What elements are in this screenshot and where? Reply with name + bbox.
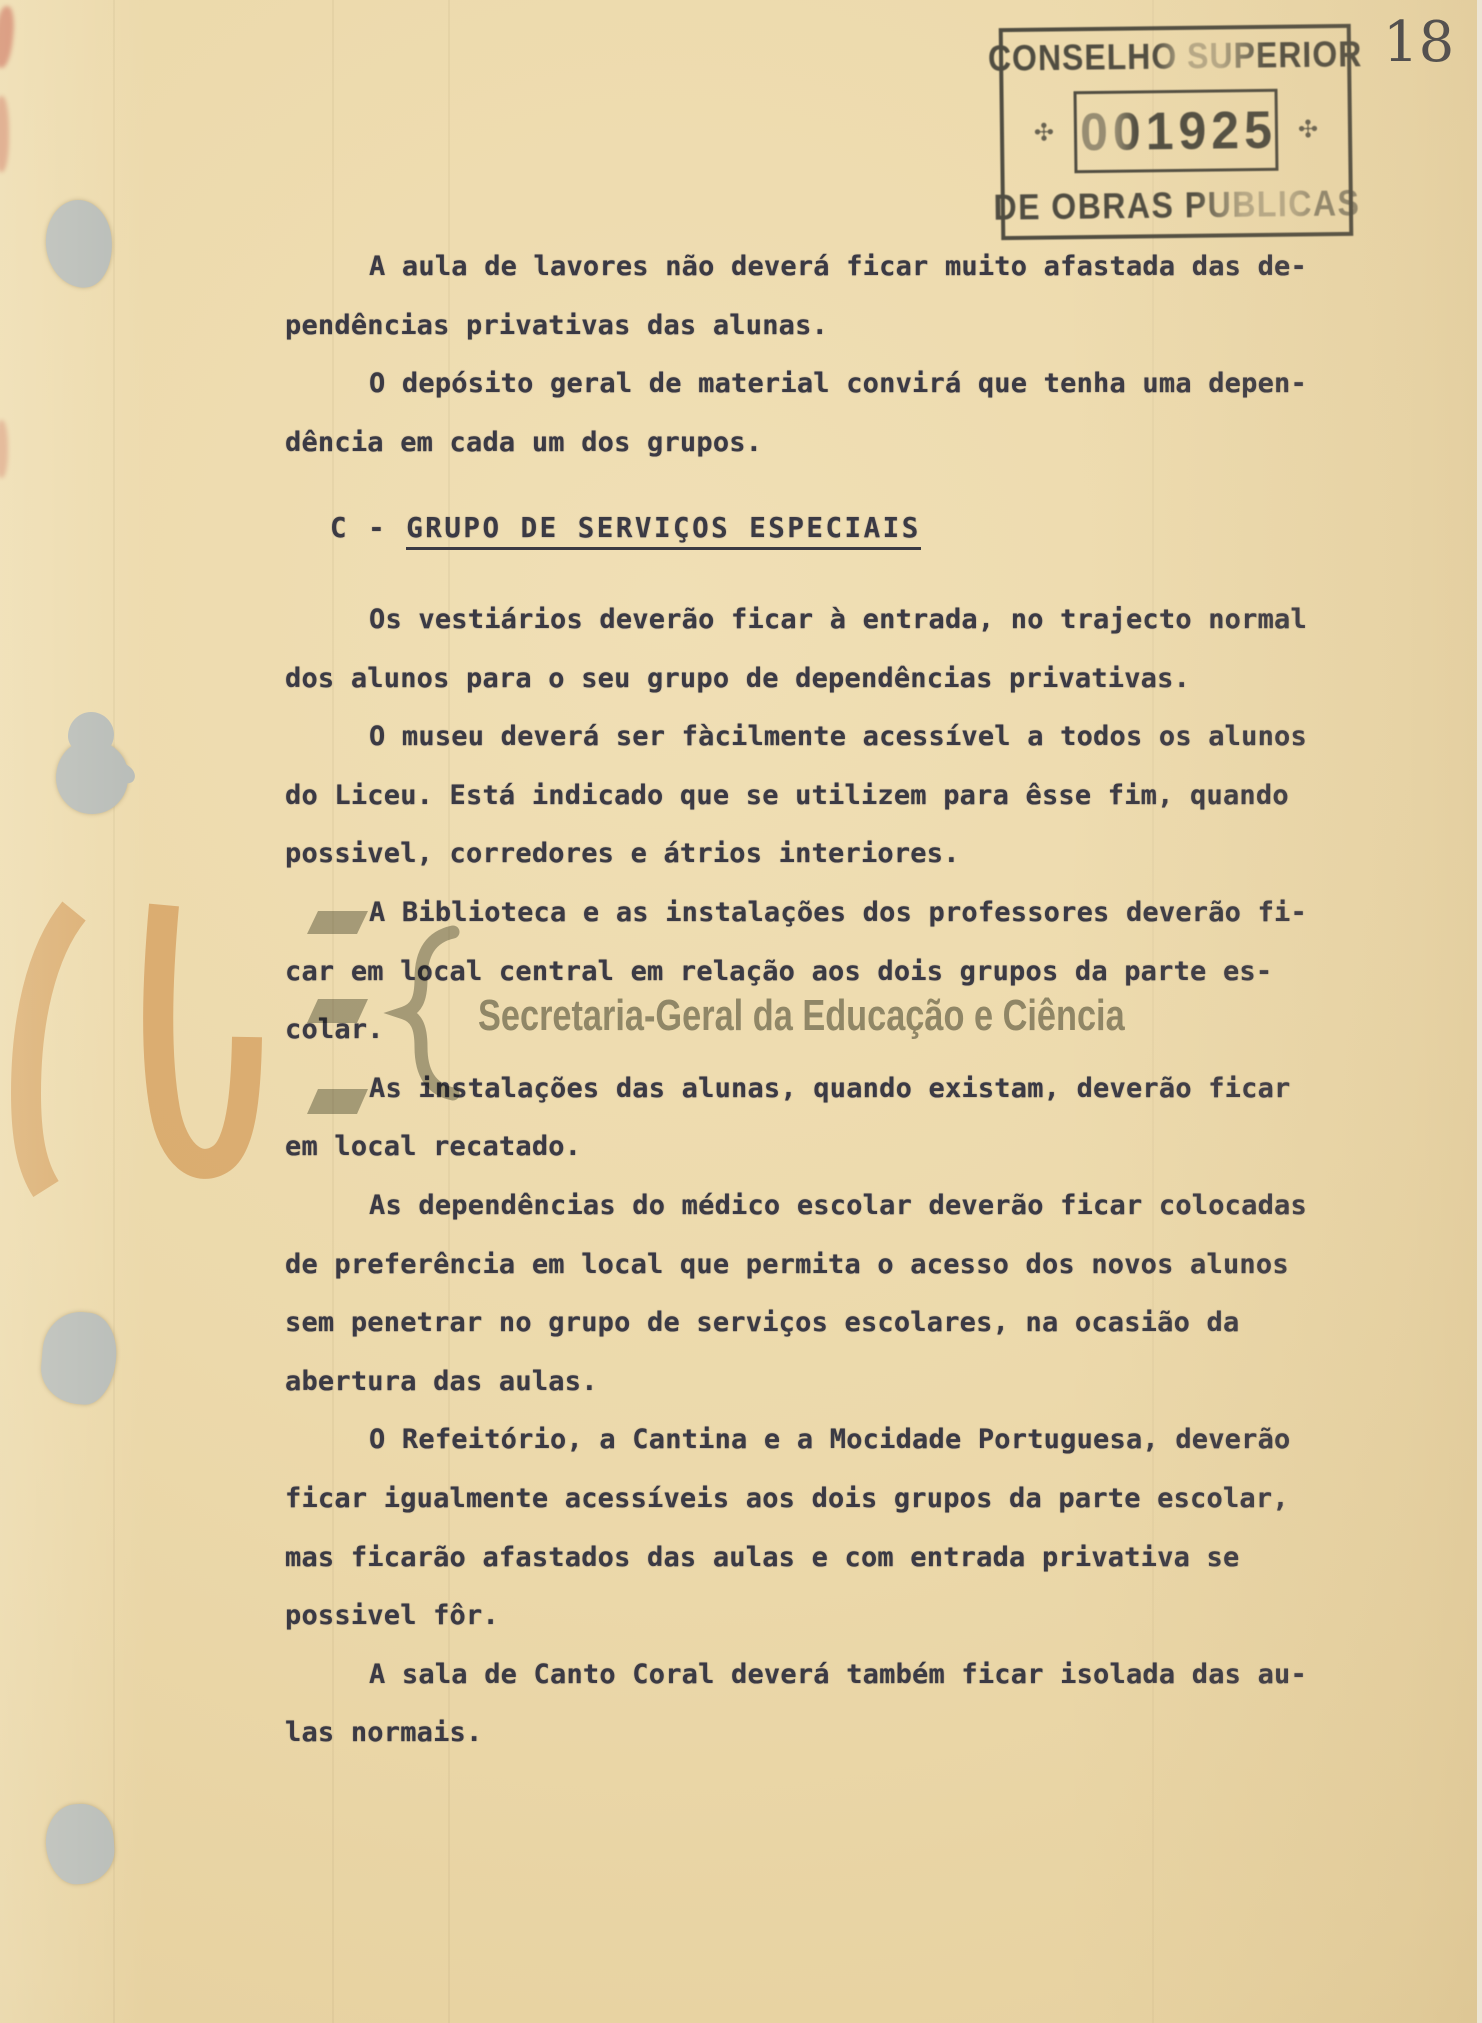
stamp-number-row: ✣ 001925 ✣ — [1033, 88, 1318, 173]
punch-hole — [56, 740, 128, 814]
typed-line: A sala de Canto Coral deverá também fica… — [285, 1646, 1307, 1705]
typed-line: sem penetrar no grupo de serviços escola… — [285, 1294, 1307, 1353]
stamp-number: 001925 — [1075, 99, 1278, 162]
typed-line: mas ficarão afastados das aulas e com en… — [285, 1529, 1307, 1588]
typed-line-text: dência em cada um dos grupos. — [285, 427, 762, 458]
typed-line: As dependências do médico escolar deverã… — [285, 1177, 1307, 1236]
typed-line-text: dos alunos para o seu grupo de dependênc… — [285, 663, 1190, 694]
typed-line-text: A Biblioteca e as instalações dos profes… — [369, 897, 1307, 928]
typed-line: pendências privativas das alunas. — [285, 297, 1307, 356]
stamp-number-box: 001925 — [1073, 89, 1278, 173]
typed-line-text: do Liceu. Está indicado que se utilizem … — [285, 780, 1289, 811]
typed-line-text: mas ficarão afastados das aulas e com en… — [285, 1542, 1239, 1573]
typed-line-text: abertura das aulas. — [285, 1366, 598, 1397]
typed-line-text: las normais. — [285, 1717, 482, 1748]
typed-line-text: colar. — [285, 1014, 384, 1045]
typed-line: do Liceu. Está indicado que se utilizem … — [285, 767, 1307, 826]
typed-line: O depósito geral de material convirá que… — [285, 355, 1307, 414]
crease-line — [113, 0, 115, 2023]
page-number: 18 — [1383, 10, 1454, 75]
typed-line: dos alunos para o seu grupo de dependênc… — [285, 650, 1307, 709]
typed-line: las normais. — [285, 1704, 1307, 1763]
typed-line: car em local central em relação aos dois… — [285, 943, 1307, 1002]
typed-line-text: As dependências do médico escolar deverã… — [369, 1190, 1307, 1221]
typed-line: O Refeitório, a Cantina e a Mocidade Por… — [285, 1411, 1307, 1470]
paragraph-block-top: A aula de lavores não deverá ficar muito… — [285, 238, 1307, 472]
scan-edge — [1477, 0, 1482, 2023]
typed-line: em local recatado. — [285, 1118, 1307, 1177]
typed-line: A Biblioteca e as instalações dos profes… — [285, 884, 1307, 943]
punch-hole — [38, 1309, 120, 1407]
typed-line-text: ficar igualmente acessíveis aos dois gru… — [285, 1483, 1289, 1514]
typed-line-text: Os vestiários deverão ficar à entrada, n… — [369, 604, 1307, 635]
typed-line-text: pendências privativas das alunas. — [285, 310, 828, 341]
red-edge-mark — [0, 5, 16, 69]
typed-line: O museu deverá ser fàcilmente acessível … — [285, 708, 1307, 767]
typed-line-text: em local recatado. — [285, 1131, 581, 1162]
typed-line: ficar igualmente acessíveis aos dois gru… — [285, 1470, 1307, 1529]
document-page: CONSELHO SUPERIOR ✣ 001925 ✣ DE OBRAS PU… — [0, 0, 1482, 2023]
typed-line-text: sem penetrar no grupo de serviços escola… — [285, 1307, 1239, 1338]
typed-line: A aula de lavores não deverá ficar muito… — [285, 238, 1307, 297]
typed-line: dência em cada um dos grupos. — [285, 414, 1307, 473]
typed-line-text: de preferência em local que permita o ac… — [285, 1249, 1289, 1280]
typed-line: Os vestiários deverão ficar à entrada, n… — [285, 591, 1307, 650]
paragraph-block-main: Os vestiários deverão ficar à entrada, n… — [285, 591, 1307, 1763]
typed-line-text: possivel fôr. — [285, 1600, 499, 1631]
punch-hole — [43, 1802, 116, 1887]
registry-stamp: CONSELHO SUPERIOR ✣ 001925 ✣ DE OBRAS PU… — [999, 24, 1354, 240]
typed-line-text: O depósito geral de material convirá que… — [369, 368, 1307, 399]
typed-line-text: O Refeitório, a Cantina e a Mocidade Por… — [369, 1424, 1291, 1455]
typed-line: possivel, corredores e átrios interiores… — [285, 825, 1307, 884]
typed-line: colar. — [285, 1001, 1307, 1060]
red-edge-mark — [0, 96, 9, 172]
heading-prefix: C - — [330, 512, 406, 544]
typed-line-text: car em local central em relação aos dois… — [285, 956, 1272, 987]
typed-line-text: A aula de lavores não deverá ficar muito… — [369, 251, 1307, 282]
typed-line-text: As instalações das alunas, quando exista… — [369, 1073, 1291, 1104]
section-heading: C - GRUPO DE SERVIÇOS ESPECIAIS — [330, 512, 921, 544]
punch-hole — [42, 197, 117, 291]
typed-line-text: A sala de Canto Coral deverá também fica… — [369, 1659, 1307, 1690]
typed-line: As instalações das alunas, quando exista… — [285, 1060, 1307, 1119]
typed-line: de preferência em local que permita o ac… — [285, 1236, 1307, 1295]
stamp-title: CONSELHO SUPERIOR — [988, 34, 1363, 80]
typed-line: possivel fôr. — [285, 1587, 1307, 1646]
heading-title: GRUPO DE SERVIÇOS ESPECIAIS — [406, 512, 921, 550]
typed-line-text: O museu deverá ser fàcilmente acessível … — [369, 721, 1307, 752]
stamp-ornament-icon: ✣ — [1034, 118, 1054, 146]
red-edge-mark — [0, 420, 8, 478]
stamp-subtitle: DE OBRAS PUBLICAS — [993, 183, 1360, 229]
stamp-ornament-icon: ✣ — [1298, 115, 1318, 143]
typed-line: abertura das aulas. — [285, 1353, 1307, 1412]
typed-line-text: possivel, corredores e átrios interiores… — [285, 838, 960, 869]
